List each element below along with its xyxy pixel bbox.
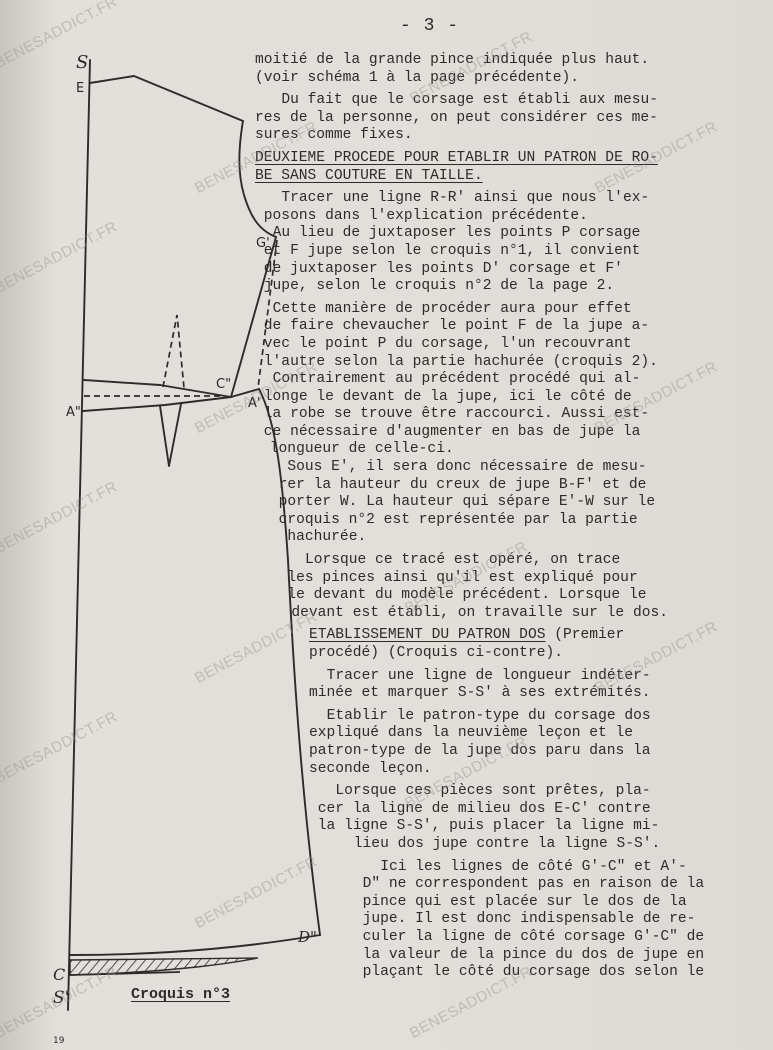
text-line: la ligne S-S', puis placer la ligne mi- bbox=[255, 818, 765, 836]
page-number: - 3 - bbox=[400, 16, 459, 36]
label-c: C bbox=[53, 965, 65, 984]
text-line: devant est établi, on travaille sur le d… bbox=[255, 605, 765, 623]
text-line: longueur de celle-ci. bbox=[255, 441, 765, 459]
text-line: Sous E', il sera donc nécessaire de mesu… bbox=[255, 459, 765, 477]
text-line: lieu dos jupe contre la ligne S-S'. bbox=[255, 836, 765, 854]
label-a-double: A" bbox=[66, 405, 81, 420]
text-line: (voir schéma 1 à la page précédente). bbox=[255, 70, 765, 88]
text-line: Ici les lignes de côté G'-C" et A'- bbox=[255, 859, 765, 877]
text-line: DEUXIEME PROCEDE POUR ETABLIR UN PATRON … bbox=[255, 150, 765, 168]
document-page: - 3 - bbox=[0, 0, 773, 1050]
text-line: la valeur de la pince du dos de jupe en bbox=[255, 947, 765, 965]
text-line: porter W. La hauteur qui sépare E'-W sur… bbox=[255, 494, 765, 512]
label-e: E bbox=[76, 81, 84, 96]
text-line: posons dans l'explication précédente. bbox=[255, 208, 765, 226]
text-line: Du fait que le corsage est établi aux me… bbox=[255, 92, 765, 110]
text-line: Lorsque ces pièces sont prêtes, pla- bbox=[255, 783, 765, 801]
text-line: Tracer une ligne R-R' ainsi que nous l'e… bbox=[255, 190, 765, 208]
text-line: rer la hauteur du creux de jupe B-F' et … bbox=[255, 477, 765, 495]
text-line: les pinces ainsi qu'il est expliqué pour bbox=[255, 570, 765, 588]
folio-number: 19 bbox=[53, 1036, 64, 1046]
text-line: Au lieu de juxtaposer les points P corsa… bbox=[255, 225, 765, 243]
text-line: res de la personne, on peut considérer c… bbox=[255, 110, 765, 128]
text-line: de juxtaposer les points D' corsage et F… bbox=[255, 261, 765, 279]
text-line: de faire chevaucher le point F de la jup… bbox=[255, 318, 765, 336]
text-line: le devant du modèle précédent. Lorsque l… bbox=[255, 587, 765, 605]
text-line: jupe. Il est donc indispensable de re- bbox=[255, 911, 765, 929]
text-line: Etablir le patron-type du corsage dos bbox=[255, 708, 765, 726]
body-text: moitié de la grande pince indiquée plus … bbox=[255, 52, 765, 982]
text-line: la robe se trouve être raccourci. Aussi … bbox=[255, 406, 765, 424]
text-line: pince qui est placée sur le dos de la bbox=[255, 894, 765, 912]
text-line: croquis n°2 est représentée par la parti… bbox=[255, 512, 765, 530]
text-line: vec le point P du corsage, l'un recouvra… bbox=[255, 336, 765, 354]
text-line: Cette manière de procéder aura pour effe… bbox=[255, 301, 765, 319]
text-line: et F jupe selon le croquis n°1, il convi… bbox=[255, 243, 765, 261]
text-line: D" ne correspondent pas en raison de la bbox=[255, 876, 765, 894]
text-line: BE SANS COUTURE EN TAILLE. bbox=[255, 168, 765, 186]
text-line: longe le devant de la jupe, ici le côté … bbox=[255, 389, 765, 407]
text-line: minée et marquer S-S' à ses extrémités. bbox=[255, 685, 765, 703]
text-line: jupe, selon le croquis n°2 de la page 2. bbox=[255, 278, 765, 296]
diagram-caption: Croquis n°3 bbox=[131, 986, 230, 1003]
center-back-line bbox=[68, 60, 90, 1010]
text-line: ce nécessaire d'augmenter en bas de jupe… bbox=[255, 424, 765, 442]
text-line: cer la ligne de milieu dos E-C' contre bbox=[255, 801, 765, 819]
text-line: culer la ligne de côté corsage G'-C" de bbox=[255, 929, 765, 947]
text-line: l'autre selon la partie hachurée (croqui… bbox=[255, 354, 765, 372]
text-line: seconde leçon. bbox=[255, 761, 765, 779]
label-s: S bbox=[76, 52, 88, 73]
label-c-double: C" bbox=[216, 377, 231, 392]
text-line: Tracer une ligne de longueur indéter- bbox=[255, 668, 765, 686]
